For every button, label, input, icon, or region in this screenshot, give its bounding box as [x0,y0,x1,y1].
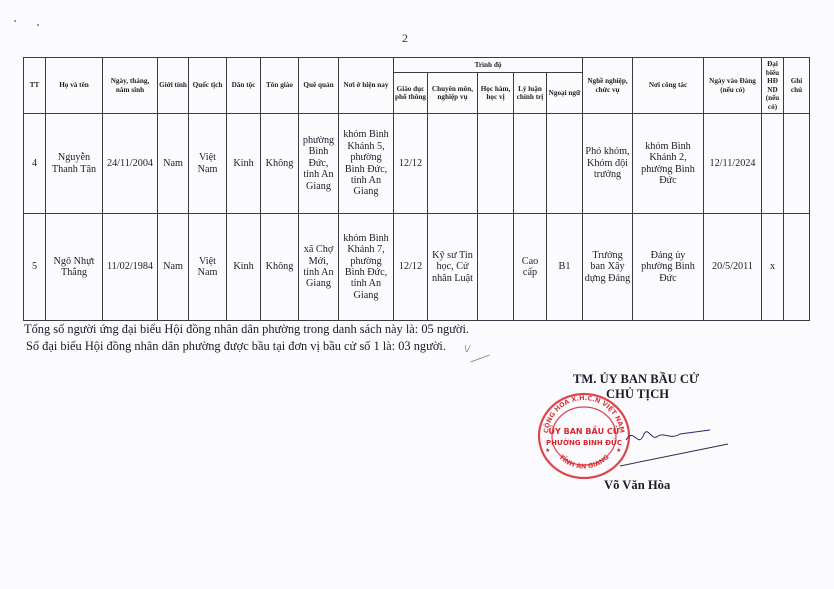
header-nationality: Quốc tịch [189,58,227,114]
cell-political-theory [514,114,547,214]
signature-icon [620,420,730,470]
header-religion: Tôn giáo [261,58,299,114]
stamp-line1: ỦY BAN BẦU CỬ [549,424,620,436]
cell-residence: khóm Bình Khánh 7, phường Bình Đức, tỉnh… [339,214,394,321]
header-gender: Giới tính [158,58,189,114]
cell-notes [784,214,810,321]
header-hometown: Quê quán [299,58,339,114]
cell-specialty: Kỹ sư Tin học, Cử nhân Luật [428,214,478,321]
cell-hometown: xã Chợ Mới, tỉnh An Giang [299,214,339,321]
header-academic-title: Học hàm, học vị [478,73,514,114]
table-header-row: TT Họ và tên Ngày, tháng, năm sinh Giới … [24,58,810,73]
cell-religion: Không [261,114,299,214]
cell-occupation: Trưởng ban Xây dựng Đảng [583,214,633,321]
header-ethnicity: Dân tộc [227,58,261,114]
cell-nationality: Việt Nam [189,214,227,321]
cell-specialty [428,114,478,214]
header-notes: Ghi chú [784,58,810,114]
stamp-bottom-text: TỈNH AN GIANG [557,453,610,470]
header-political-theory: Lý luận chính trị [514,73,547,114]
cell-political-theory: Cao cấp [514,214,547,321]
cell-workplace: Đảng ủy phường Bình Đức [633,214,704,321]
header-foreign-language: Ngoại ngữ [547,73,583,114]
cell-notes [784,114,810,214]
cell-religion: Không [261,214,299,321]
total-candidates-note: Tổng số người ứng đại biểu Hội đồng nhân… [24,322,469,337]
cell-ethnicity: Kinh [227,214,261,321]
cell-occupation: Phó khóm, Khóm đội trưởng [583,114,633,214]
scan-speck [14,20,16,22]
cell-name: Ngô Nhựt Thắng [46,214,103,321]
cell-general-education: 12/12 [394,214,428,321]
header-education-group: Trình độ [394,58,583,73]
stamp-line2: PHƯỜNG BÌNH ĐỨC [546,438,622,447]
cell-party-date: 20/5/2011 [704,214,762,321]
cell-hometown: phường Bình Đức, tỉnh An Giang [299,114,339,214]
cell-workplace: khóm Bình Khánh 2, phường Bình Đức [633,114,704,214]
scan-speck [37,24,39,26]
initial-mark-icon: \/ [464,343,470,355]
signer-name: Võ Văn Hòa [604,478,670,493]
header-general-education: Giáo dục phổ thông [394,73,428,114]
page-number: 2 [402,31,408,46]
cell-academic-title [478,114,514,214]
header-workplace: Nơi công tác [633,58,704,114]
cell-council-delegate [762,114,784,214]
header-dob: Ngày, tháng, năm sinh [103,58,158,114]
cell-tt: 4 [24,114,46,214]
header-tt: TT [24,58,46,114]
header-residence: Nơi ở hiện nay [339,58,394,114]
header-occupation: Nghề nghiệp, chức vụ [583,58,633,114]
header-specialty: Chuyên môn, nghiệp vụ [428,73,478,114]
cell-nationality: Việt Nam [189,114,227,214]
cell-dob: 11/02/1984 [103,214,158,321]
cell-gender: Nam [158,114,189,214]
official-stamp-icon: CỘNG HÒA X.H.C.N VIỆT NAM TỈNH AN GIANG … [536,390,632,480]
cell-council-delegate: x [762,214,784,321]
table-row: 5 Ngô Nhựt Thắng 11/02/1984 Nam Việt Nam… [24,214,810,321]
candidate-table: TT Họ và tên Ngày, tháng, năm sinh Giới … [23,57,810,321]
pen-stroke [470,355,489,363]
cell-general-education: 12/12 [394,114,428,214]
cell-ethnicity: Kinh [227,114,261,214]
svg-text:TỈNH AN GIANG: TỈNH AN GIANG [557,453,610,470]
cell-gender: Nam [158,214,189,321]
cell-name: Nguyễn Thanh Tân [46,114,103,214]
header-council-delegate: Đại biểu HĐ ND (nếu có) [762,58,784,114]
cell-party-date: 12/11/2024 [704,114,762,214]
table-row: 4 Nguyễn Thanh Tân 24/11/2004 Nam Việt N… [24,114,810,214]
signature-on-behalf: TM. ỦY BAN BẦU CỬ [573,372,699,387]
svg-text:★: ★ [545,447,550,454]
cell-dob: 24/11/2004 [103,114,158,214]
header-party-date: Ngày vào Đảng (nếu có) [704,58,762,114]
elected-count-note: Số đại biểu Hội đồng nhân dân phường đượ… [26,339,446,354]
cell-residence: khóm Bình Khánh 5, phường Bình Đức, tỉnh… [339,114,394,214]
cell-foreign-language [547,114,583,214]
cell-tt: 5 [24,214,46,321]
cell-academic-title [478,214,514,321]
header-name: Họ và tên [46,58,103,114]
cell-foreign-language: B1 [547,214,583,321]
